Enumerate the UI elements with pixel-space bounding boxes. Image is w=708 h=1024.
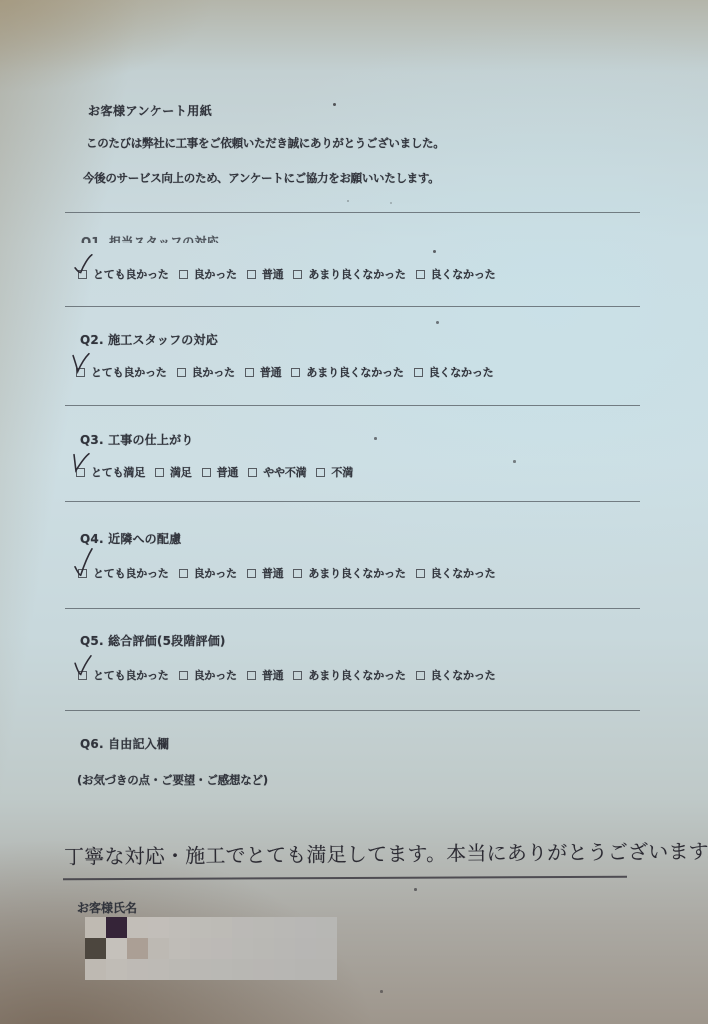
checkbox-icon: [245, 368, 254, 377]
checkbox-icon: [76, 468, 85, 477]
option-q1-3: 普通: [247, 266, 284, 282]
option-label: 普通: [262, 667, 284, 683]
photo-speck: [414, 888, 417, 891]
option-q1-1-selected: とても良かった: [78, 266, 169, 282]
mosaic-cell: [274, 959, 295, 980]
checkbox-icon: [202, 468, 211, 477]
redacted-name-mosaic: [85, 917, 337, 980]
photo-speck: [374, 437, 377, 440]
option-label: 満足: [170, 464, 192, 480]
option-q5-1-selected: とても良かった: [78, 667, 169, 683]
mosaic-cell: [169, 938, 190, 959]
option-label: 良くなかった: [431, 565, 496, 581]
question-options-q1: とても良かった 良かった 普通 あまり良くなかった 良くなかった: [78, 266, 495, 282]
checkbox-icon: [179, 569, 188, 578]
mosaic-cell: [85, 938, 106, 959]
mosaic-cell: [316, 917, 337, 938]
mosaic-cell: [211, 917, 232, 938]
photo-speck: [390, 202, 392, 204]
question-title-q1: Q1. 担当スタッフの対応: [81, 233, 219, 243]
photo-speck: [433, 250, 436, 253]
mosaic-cell: [274, 938, 295, 959]
option-q4-5: 良くなかった: [416, 565, 496, 581]
option-label: 良かった: [194, 266, 237, 282]
mosaic-cell: [190, 938, 211, 959]
mosaic-cell: [211, 959, 232, 980]
checkbox-icon: [291, 368, 300, 377]
mosaic-cell: [148, 938, 169, 959]
mosaic-cell: [148, 917, 169, 938]
option-label: 普通: [260, 364, 282, 380]
section-divider: [65, 710, 640, 711]
intro-line-2: 今後のサービス向上のため、アンケートにご協力をお願いいたします。: [83, 170, 439, 186]
checkbox-icon: [76, 368, 85, 377]
checkbox-icon: [316, 468, 325, 477]
option-label: とても良かった: [93, 667, 169, 683]
option-label: 良かった: [192, 364, 235, 380]
option-q1-2: 良かった: [179, 266, 237, 282]
checkbox-icon: [416, 569, 425, 578]
section-divider: [65, 405, 640, 406]
checkbox-icon: [293, 569, 302, 578]
mosaic-cell: [106, 959, 127, 980]
checkbox-icon: [247, 671, 256, 680]
option-label: とても満足: [91, 464, 145, 480]
option-q4-1-selected: とても良かった: [78, 565, 169, 581]
option-label: とても良かった: [93, 266, 169, 282]
handwritten-comment: 丁寧な対応・施工でとても満足してます。本当にありがとうございます。: [64, 835, 708, 870]
mosaic-cell: [190, 917, 211, 938]
mosaic-cell: [169, 917, 190, 938]
checkbox-icon: [414, 368, 423, 377]
option-q4-2: 良かった: [179, 565, 237, 581]
option-q4-3: 普通: [247, 565, 284, 581]
mosaic-cell: [232, 938, 253, 959]
option-label: とても良かった: [91, 364, 167, 380]
section-divider: [65, 306, 640, 307]
option-label: 良かった: [194, 667, 237, 683]
mosaic-cell: [232, 917, 253, 938]
question-title-q6: Q6. 自由記入欄: [80, 735, 169, 752]
option-label: 良かった: [194, 565, 237, 581]
question-title-q5: Q5. 総合評価(5段階評価): [80, 632, 226, 649]
option-q2-1-selected: とても良かった: [76, 364, 167, 380]
photo-speck: [333, 103, 336, 106]
question-hint-q6: (お気づきの点・ご要望・ご感想など): [77, 772, 268, 788]
checkbox-icon: [78, 569, 87, 578]
option-q3-1-selected: とても満足: [76, 464, 145, 480]
checkbox-icon: [293, 270, 302, 279]
option-label: あまり良くなかった: [306, 364, 403, 380]
photo-speck: [380, 990, 383, 993]
option-q2-4: あまり良くなかった: [291, 364, 403, 380]
question-title-q2: Q2. 施工スタッフの対応: [80, 331, 218, 348]
checkbox-icon: [179, 270, 188, 279]
option-q5-5: 良くなかった: [416, 667, 496, 683]
mosaic-cell: [316, 938, 337, 959]
mosaic-cell: [148, 959, 169, 980]
option-label: とても良かった: [93, 565, 169, 581]
checkbox-icon: [293, 671, 302, 680]
checkbox-icon: [177, 368, 186, 377]
option-q3-4: やや不満: [248, 464, 306, 480]
question-options-q2: とても良かった 良かった 普通 あまり良くなかった 良くなかった: [76, 364, 493, 380]
option-label: 良くなかった: [431, 667, 496, 683]
option-label: 普通: [262, 565, 284, 581]
photo-speck: [513, 460, 516, 463]
question-options-q3: とても満足 満足 普通 やや不満 不満: [76, 464, 353, 480]
mosaic-cell: [274, 917, 295, 938]
survey-paper-photo: お客様アンケート用紙 このたびは弊社に工事をご依頼いただき誠にありがとうございま…: [0, 0, 708, 1024]
option-q5-4: あまり良くなかった: [293, 667, 405, 683]
checkbox-icon: [78, 270, 87, 279]
mosaic-cell: [85, 959, 106, 980]
section-divider: [65, 501, 640, 502]
option-label: あまり良くなかった: [308, 667, 405, 683]
option-q5-2: 良かった: [179, 667, 237, 683]
checkbox-icon: [247, 270, 256, 279]
mosaic-cell: [127, 959, 148, 980]
option-label: あまり良くなかった: [308, 565, 405, 581]
option-label: 普通: [262, 266, 284, 282]
mosaic-cell: [295, 938, 316, 959]
option-q3-5: 不満: [316, 464, 353, 480]
checkbox-icon: [248, 468, 257, 477]
mosaic-cell: [253, 917, 274, 938]
mosaic-cell: [106, 917, 127, 938]
option-q5-3: 普通: [247, 667, 284, 683]
photo-speck: [347, 200, 349, 202]
option-q3-3: 普通: [202, 464, 239, 480]
option-label: 不満: [331, 464, 353, 480]
checkbox-icon: [416, 671, 425, 680]
option-label: 普通: [217, 464, 239, 480]
question-title-q3: Q3. 工事の仕上がり: [80, 431, 194, 448]
mosaic-cell: [316, 959, 337, 980]
option-q2-5: 良くなかった: [414, 364, 494, 380]
checkbox-icon: [179, 671, 188, 680]
customer-name-label: お客様氏名: [77, 899, 137, 916]
comment-underline: [63, 876, 627, 880]
mosaic-cell: [169, 959, 190, 980]
photo-speck: [436, 321, 439, 324]
mosaic-cell: [127, 938, 148, 959]
checkbox-icon: [155, 468, 164, 477]
option-q1-5: 良くなかった: [416, 266, 496, 282]
form-title: お客様アンケート用紙: [88, 102, 212, 119]
option-label: あまり良くなかった: [308, 266, 405, 282]
mosaic-cell: [190, 959, 211, 980]
mosaic-cell: [253, 938, 274, 959]
option-q1-4: あまり良くなかった: [293, 266, 405, 282]
question-options-q5: とても良かった 良かった 普通 あまり良くなかった 良くなかった: [78, 667, 495, 683]
option-q4-4: あまり良くなかった: [293, 565, 405, 581]
checkbox-icon: [416, 270, 425, 279]
intro-line-1: このたびは弊社に工事をご依頼いただき誠にありがとうございました。: [86, 135, 444, 151]
checkbox-icon: [247, 569, 256, 578]
question-options-q4: とても良かった 良かった 普通 あまり良くなかった 良くなかった: [78, 565, 495, 581]
option-q2-3: 普通: [245, 364, 282, 380]
option-label: 良くなかった: [431, 266, 496, 282]
option-q3-2: 満足: [155, 464, 192, 480]
option-label: やや不満: [263, 464, 306, 480]
question-title-q4: Q4. 近隣への配慮: [80, 530, 181, 547]
mosaic-cell: [253, 959, 274, 980]
option-q2-2: 良かった: [177, 364, 235, 380]
section-divider: [65, 212, 640, 213]
option-label: 良くなかった: [429, 364, 494, 380]
mosaic-cell: [211, 938, 232, 959]
section-divider: [65, 608, 640, 609]
mosaic-cell: [85, 917, 106, 938]
mosaic-cell: [232, 959, 253, 980]
mosaic-cell: [106, 938, 127, 959]
mosaic-cell: [127, 917, 148, 938]
mosaic-cell: [295, 959, 316, 980]
checkbox-icon: [78, 671, 87, 680]
mosaic-cell: [295, 917, 316, 938]
